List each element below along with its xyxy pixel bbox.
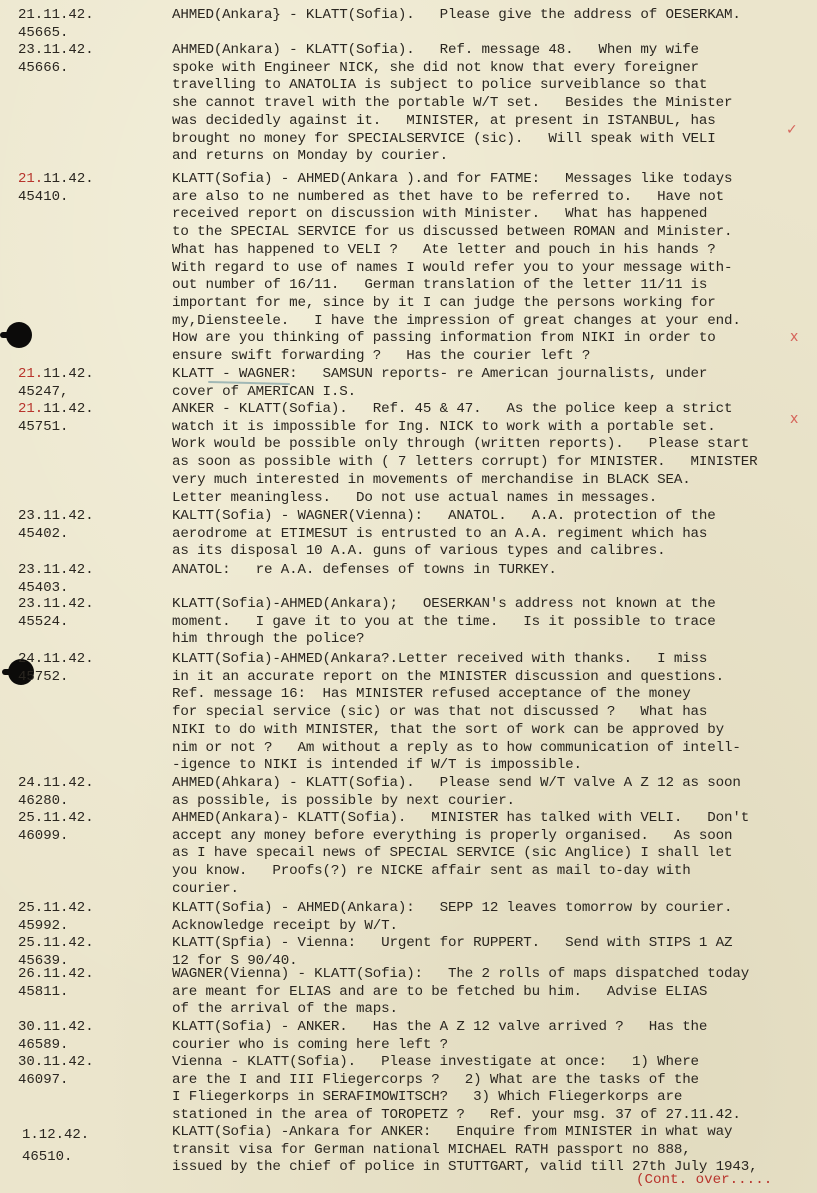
entry-date: 30.11.42. xyxy=(18,1054,158,1072)
entry-number: 45665. xyxy=(18,25,158,43)
entry-date: 25.11.42. xyxy=(18,900,158,918)
entry-text: KALTT(Sofia) - WAGNER(Vienna): ANATOL. A… xyxy=(172,508,812,561)
entry-number: 45751. xyxy=(18,419,158,437)
punch-hole-icon xyxy=(6,322,32,348)
entry-text: AHMED(Ankara)- KLATT(Sofia). MINISTER ha… xyxy=(172,810,812,899)
entry-date: 21.11.42. xyxy=(18,7,158,25)
entry-number: 45410. xyxy=(18,189,158,207)
entry-number: 45992. xyxy=(18,918,158,936)
entry-text: ANATOL: re A.A. defenses of towns in TUR… xyxy=(172,562,812,580)
entry-text: AHMED(Ankara} - KLATT(Sofia). Please giv… xyxy=(172,7,812,25)
entry-text: KLATT(Sofia) - AHMED(Ankara): SEPP 12 le… xyxy=(172,900,812,935)
entry-text: WAGNER(Vienna) - KLATT(Sofia): The 2 rol… xyxy=(172,966,812,1019)
entry-date: 23.11.42. xyxy=(18,596,158,614)
entry-date: 21.11.42. xyxy=(18,171,158,189)
entry-date: 30.11.42. xyxy=(18,1019,158,1037)
entry-date: 23.11.42. xyxy=(18,42,158,60)
document-page: ✓ x x 21.11.42. 45665. AHMED(Ankara} - K… xyxy=(0,0,817,1193)
entry-text: KLATT(Sofia)-AHMED(Ankara?.Letter receiv… xyxy=(172,651,812,775)
entry-number: 45811. xyxy=(18,984,158,1002)
entry-text: KLATT(Sofia)-AHMED(Ankara); OESERKAN's a… xyxy=(172,596,812,649)
entry-text: KLATT - WAGNER: SAMSUN reports- re Ameri… xyxy=(172,366,812,401)
entry-number: 46510. xyxy=(22,1146,162,1168)
entry-date: 25.11.42. xyxy=(18,810,158,828)
entry-number: 45403. xyxy=(18,580,158,598)
entry-text: KLATT(Sofia) - AHMED(Ankara ).and for FA… xyxy=(172,171,812,366)
entry-number: 45666. xyxy=(18,60,158,78)
continued-overleaf-note: (Cont. over..... xyxy=(636,1172,772,1188)
entry-number: 45524. xyxy=(18,614,158,632)
entry-text: AHMED(Ankara) - KLATT(Sofia). Ref. messa… xyxy=(172,42,812,166)
entry-date: 21.11.42. xyxy=(18,401,158,419)
entry-text: ANKER - KLATT(Sofia). Ref. 45 & 47. As t… xyxy=(172,401,812,507)
entry-date: 21.11.42. xyxy=(18,366,158,384)
entry-text: KLATT(Sofia) - ANKER. Has the A Z 12 val… xyxy=(172,1019,812,1054)
entry-date: 23.11.42. xyxy=(18,508,158,526)
entry-date: 26.11.42. xyxy=(18,966,158,984)
entry-text: Vienna - KLATT(Sofia). Please investigat… xyxy=(172,1054,812,1125)
entry-date: 23.11.42. xyxy=(18,562,158,580)
entry-number: 46589. xyxy=(18,1037,158,1055)
entry-number: 45247, xyxy=(18,384,158,402)
entry-number: 46097. xyxy=(18,1072,158,1090)
entry-number: 45752. xyxy=(18,669,158,687)
entry-date: 24.11.42. xyxy=(18,775,158,793)
entry-text: KLATT(Sofia) -Ankara for ANKER: Enquire … xyxy=(172,1124,812,1177)
entry-number: 46280. xyxy=(18,793,158,811)
entry-number: 46099. xyxy=(18,828,158,846)
entry-date: 1.12.42. xyxy=(22,1124,162,1146)
entry-date: 24.11.42. xyxy=(18,651,158,669)
entry-number: 45402. xyxy=(18,526,158,544)
entry-text: AHMED(Ahkara) - KLATT(Sofia). Please sen… xyxy=(172,775,812,810)
entry-date: 25.11.42. xyxy=(18,935,158,953)
